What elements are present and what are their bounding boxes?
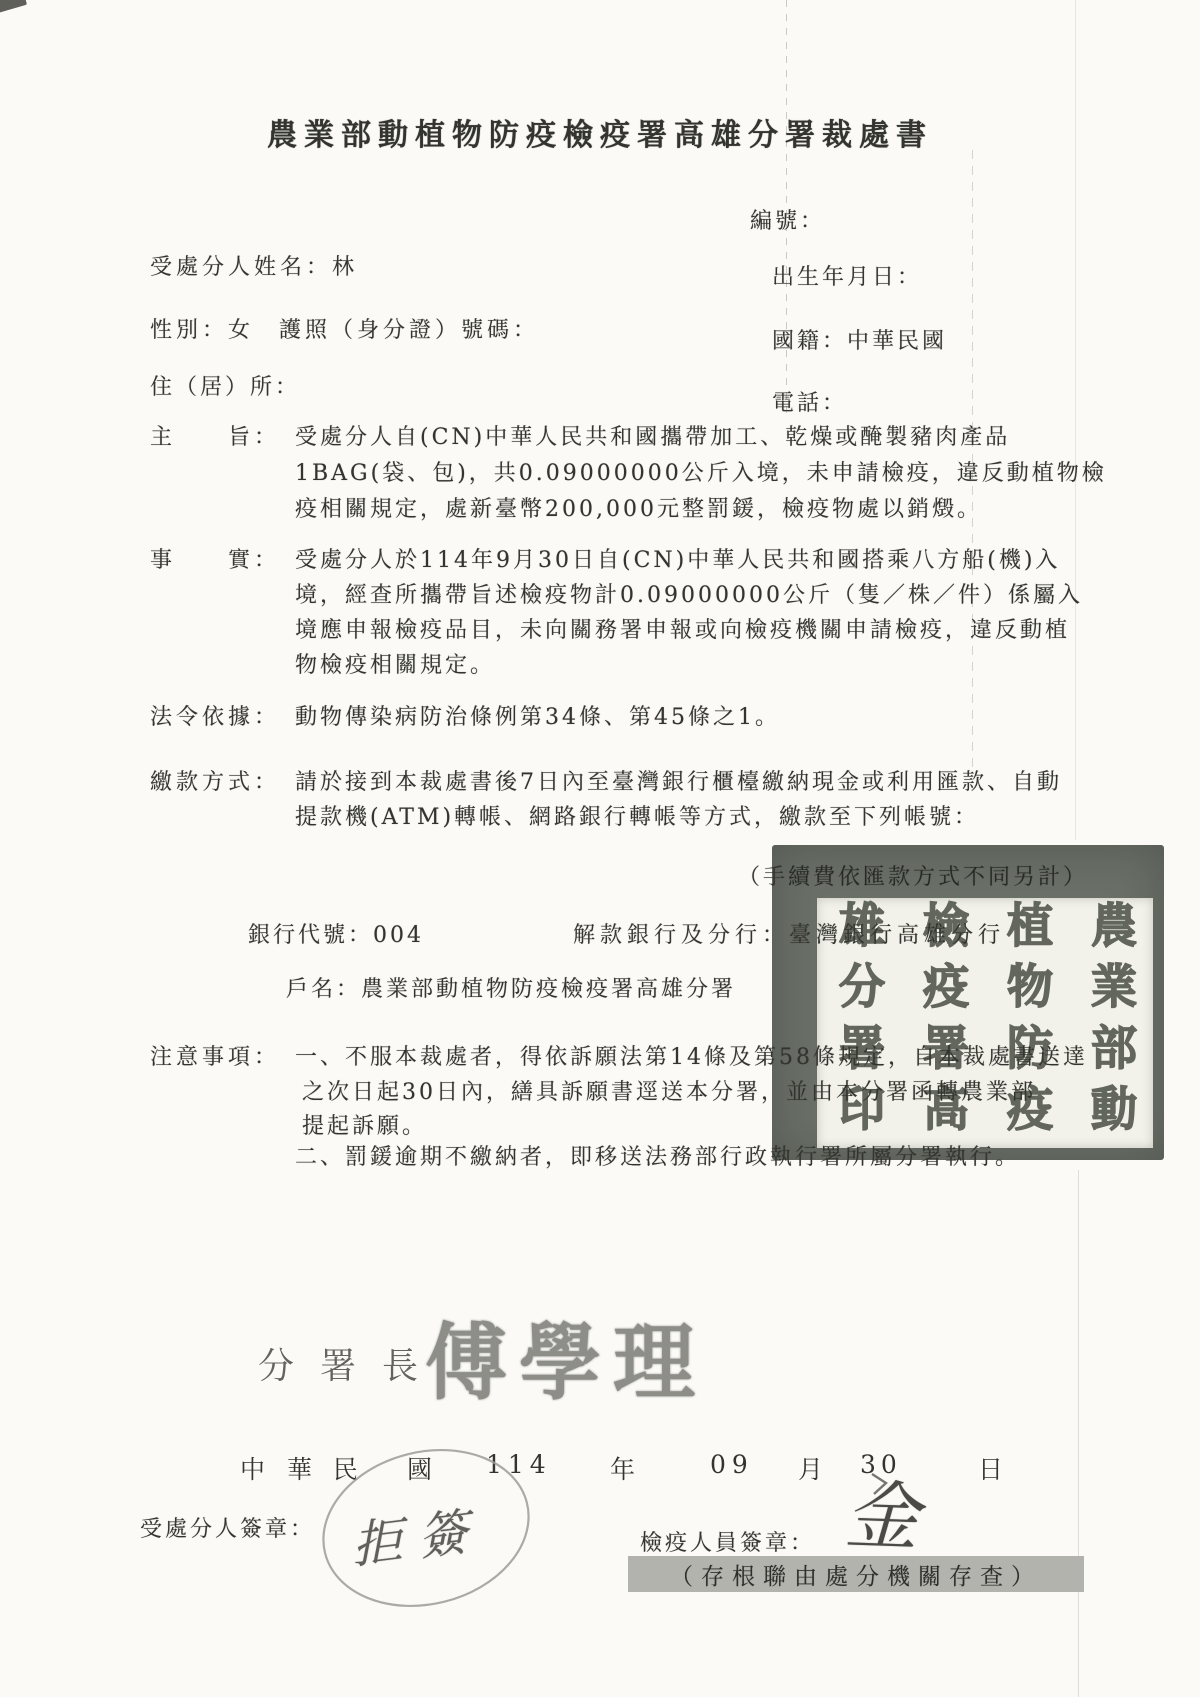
fee-note-visible-part: （手 [738,865,788,890]
phone-label: 電話： [772,391,847,416]
phone-field: 電話： [772,386,847,417]
document-title: 農業部動植物防疫檢疫署高雄分署裁處書 [0,110,1200,154]
offender-name-field: 受處分人姓名：林 [150,250,357,281]
penalty-document-page: 農業部動植物防疫檢疫署高雄分署裁處書 編號： 受處分人姓名：林 出生年月日： 性… [0,0,1200,1697]
nationality-value: 中華民國 [847,329,947,354]
fee-note: （手續費依匯款方式不同另計） [738,860,1088,891]
branch-chief-title: 分署長 [258,1338,444,1389]
nationality-field: 國籍：中華民國 [772,324,947,355]
subject-text-line: 1BAG(袋、包)，共0.09000000公斤入境，未申請檢疫，違反動植物檢 [295,456,1107,487]
date-part: 日 [978,1450,1005,1486]
pen-tick-mark [868,1468,892,1498]
bank-code-value: 004 [373,923,424,948]
date-month-value: 09 [710,1450,754,1479]
bank-branch-value: 臺灣銀行高雄分行 [789,923,1005,948]
bank-code-label: 銀行代號： [248,923,373,948]
facts-section-label: 事 實： [150,543,280,574]
date-part: 華 [287,1450,314,1486]
refusal-circle-mark [314,1444,539,1614]
payment-method-label: 繳款方式： [150,765,280,796]
serial-number-field: 編號： [750,204,825,235]
notes-section-label: 注意事項： [150,1040,280,1071]
bank-account-field: 戶名：農業部動植物防疫檢疫署高雄分署 [286,972,736,1003]
subject-text-line: 受處分人自(CN)中華人民共和國攜帶加工、乾燥或醃製豬肉產品 [295,420,1010,451]
address-field: 住（居）所： [150,370,300,401]
offender-name-value: 林 [332,255,357,280]
offender-name-label: 受處分人姓名： [150,255,332,280]
payment-text-line: 提款機(ATM)轉帳、網路銀行轉帳等方式，繳款至下列帳號： [295,800,979,831]
subject-section-label: 主 旨： [150,420,280,451]
payment-text-line: 請於接到本裁處書後7日內至臺灣銀行櫃檯繳納現金或利用匯款、自動 [295,765,1062,796]
facts-text-line: 境應申報檢疫品目，未向關務署申報或向檢疫機關申請檢疫，違反動植 [295,613,1070,644]
serial-number-label: 編號： [750,209,825,234]
notes-item2-line: 二、罰鍰逾期不繳納者，即移送法務部行政執行署所屬分署執行。 [295,1140,1020,1171]
official-seal-stamp: 農業部動 植物防疫 檢疫署高 雄分署印 [772,845,1164,1160]
facts-text-line: 受處分人於114年9月30日自(CN)中華人民共和國搭乘八方船(機)入 [295,543,1060,574]
address-label: 住（居）所： [150,375,300,400]
scan-artifact-crease [1078,1170,1079,1697]
notes-item1-line: 提起訴願。 [302,1109,427,1140]
passport-number-label: 護照（身分證）號碼： [279,318,539,343]
offender-signature-label: 受處分人簽章： [140,1512,315,1543]
branch-chief-name-stamp: 傅學理 [425,1297,707,1416]
scan-artifact-corner-smudge [0,0,27,13]
legal-basis-text: 動物傳染病防治條例第34條、第45條之1。 [295,700,780,731]
date-part: 中 [240,1450,267,1486]
bank-account-label: 戶名： [286,977,361,1002]
subject-text-line: 疫相關規定，處新臺幣200,000元整罰鍰，檢疫物處以銷燬。 [295,492,982,523]
inspector-signature-label: 檢疫人員簽章： [640,1526,815,1557]
notes-item1-line: 一、不服本裁處者，得依訴願法第14條及第58條規定，自本裁處書送達 [295,1040,1088,1071]
fee-note-covered-part: 續費依匯款方式不同另計） [788,865,1088,890]
date-part: 月 [798,1450,825,1486]
gender-passport-field: 性別：女護照（身分證）號碼： [150,313,539,344]
bank-account-value: 農業部動植物防疫檢疫署高雄分署 [361,977,736,1002]
facts-text-line: 境，經查所攜帶旨述檢疫物計0.09000000公斤（隻／株／件）係屬入 [295,578,1083,609]
nationality-label: 國籍： [772,329,847,354]
gender-label: 性別： [150,318,228,343]
bank-branch-label: 解款銀行及分行： [573,923,789,948]
gender-value: 女 [228,318,253,343]
bank-code-field: 銀行代號：004 [248,918,424,949]
seal-script-column: 農業部動 [1069,896,1153,1151]
birthdate-field: 出生年月日： [772,260,922,291]
facts-text-line: 物檢疫相關規定。 [295,648,495,679]
date-part: 年 [610,1450,637,1486]
legal-basis-label: 法令依據： [150,700,280,731]
notes-item1-line: 之次日起30日內，繕具訴願書逕送本分署，並由本分署函轉農業部 [302,1075,1036,1106]
bank-branch-field: 解款銀行及分行：臺灣銀行高雄分行 [573,918,1005,949]
birthdate-label: 出生年月日： [772,265,922,290]
